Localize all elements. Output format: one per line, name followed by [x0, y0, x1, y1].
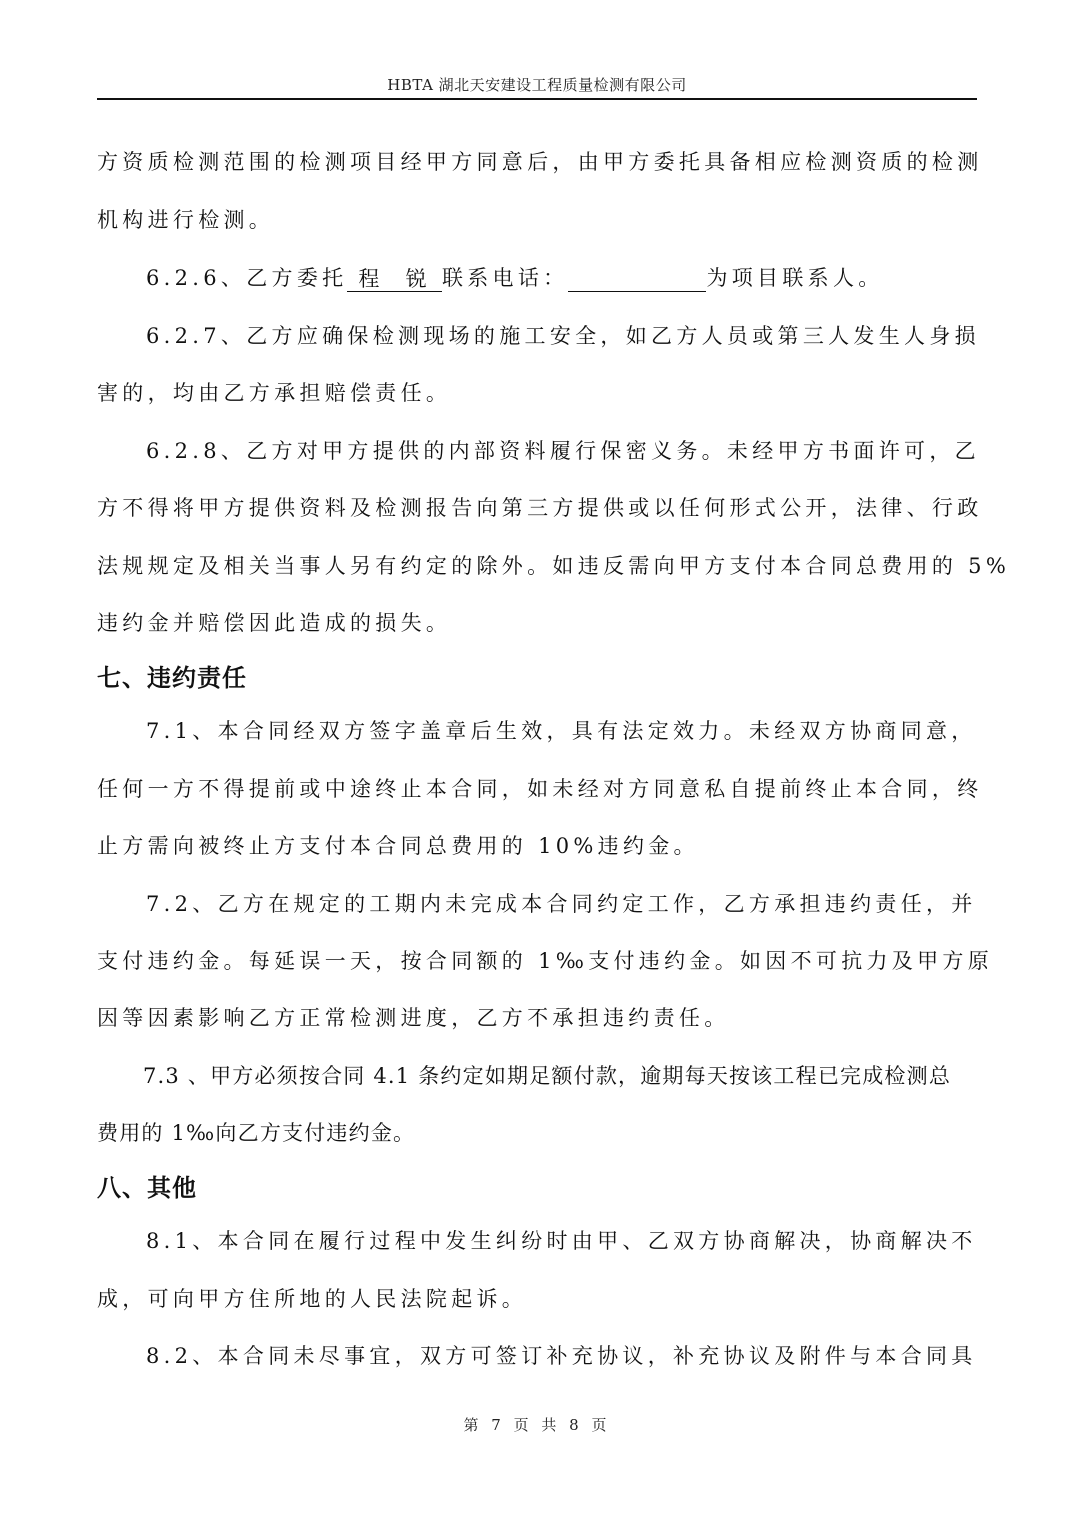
paragraph-line: 因等因素影响乙方正常检测进度，乙方不承担违约责任。: [97, 1002, 977, 1032]
section-heading-8: 八、其他: [97, 1168, 197, 1203]
phone-field: [568, 267, 706, 292]
paragraph-line: 7.2、乙方在规定的工期内未完成本合同约定工作，乙方承担违约责任，并: [146, 888, 977, 918]
paragraph-line: 8.1、本合同在履行过程中发生纠纷时由甲、乙双方协商解决，协商解决不: [146, 1225, 977, 1255]
paragraph-line: 6.2.7、乙方应确保检测现场的施工安全，如乙方人员或第三人发生人身损: [146, 320, 977, 350]
paragraph-line: 6.2.8、乙方对甲方提供的内部资料履行保密义务。未经甲方书面许可，乙: [146, 435, 977, 465]
clause-6-2-6: 6.2.6、乙方委托 程 锐 联系电话：为项目联系人。: [146, 262, 977, 292]
paragraph-line: 方资质检测范围的检测项目经甲方同意后，由甲方委托具备相应检测资质的检测: [97, 146, 977, 176]
paragraph-line: 违约金并赔偿因此造成的损失。: [97, 607, 977, 637]
paragraph-line: 7.1、本合同经双方签字盖章后生效，具有法定效力。未经双方协商同意，: [146, 715, 977, 745]
header-divider: [97, 98, 977, 100]
contact-name-field: 程 锐: [347, 268, 442, 292]
paragraph-line: 支付违约金。每延误一天，按合同额的 1‰支付违约金。如因不可抗力及甲方原: [97, 945, 977, 975]
clause-suffix: 为项目联系人。: [706, 266, 883, 290]
section-heading-7: 七、违约责任: [97, 658, 247, 693]
header-company-name: HBTA 湖北天安建设工程质量检测有限公司: [97, 74, 977, 95]
phone-label: 联系电话：: [442, 266, 569, 290]
paragraph-line: 任何一方不得提前或中途终止本合同，如未经对方同意私自提前终止本合同，终: [97, 773, 977, 803]
paragraph-line: 机构进行检测。: [97, 204, 977, 234]
paragraph-line: 害的，均由乙方承担赔偿责任。: [97, 377, 977, 407]
paragraph-line: 法规规定及相关当事人另有约定的除外。如违反需向甲方支付本合同总费用的 5%: [97, 550, 977, 580]
clause-prefix: 6.2.6、乙方委托: [146, 266, 347, 290]
paragraph-line: 成，可向甲方住所地的人民法院起诉。: [97, 1283, 977, 1313]
paragraph-line: 止方需向被终止方支付本合同总费用的 10%违约金。: [97, 830, 977, 860]
paragraph-line: 方不得将甲方提供资料及检测报告向第三方提供或以任何形式公开，法律、行政: [97, 492, 977, 522]
paragraph-line: 7.3 、甲方必须按合同 4.1 条约定如期足额付款，逾期每天按该工程已完成检测…: [143, 1060, 974, 1090]
page-number: 第 7 页 共 8 页: [0, 1414, 1074, 1435]
paragraph-line: 8.2、本合同未尽事宜，双方可签订补充协议，补充协议及附件与本合同具: [146, 1340, 977, 1370]
paragraph-line: 费用的 1‰向乙方支付违约金。: [97, 1117, 977, 1147]
